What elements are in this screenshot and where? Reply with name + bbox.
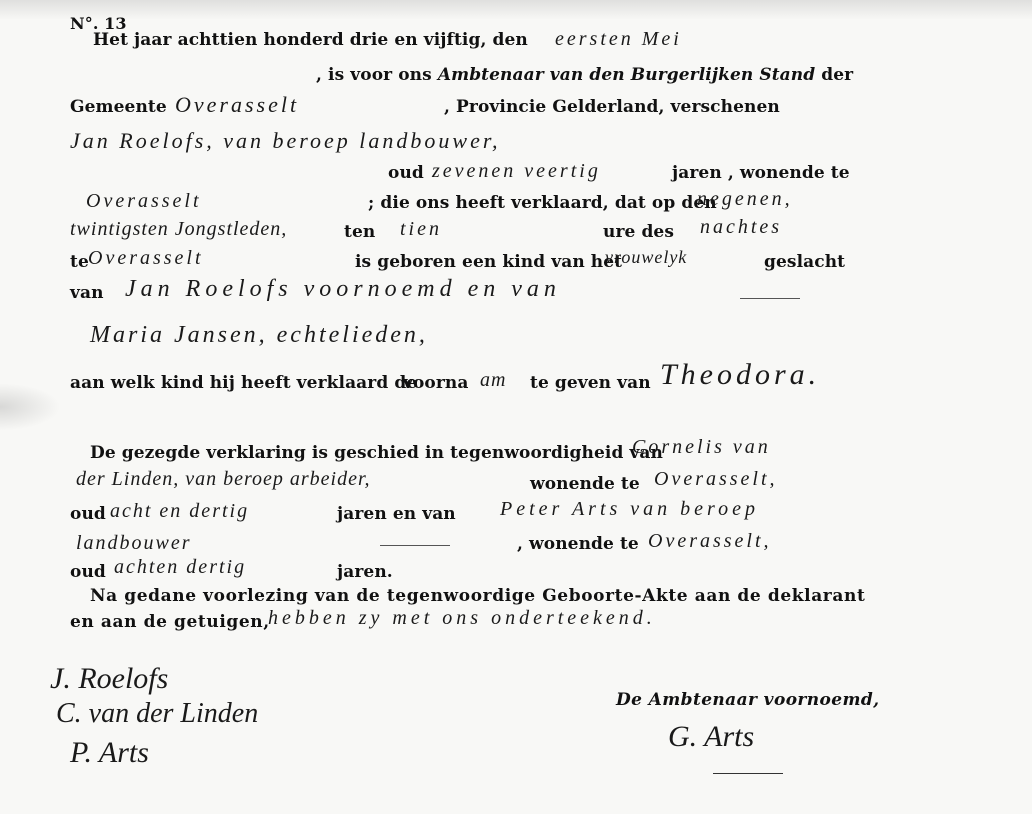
handwritten-mother: Maria Jansen, echtelieden, bbox=[90, 322, 428, 349]
label-oud-2: oud bbox=[70, 504, 106, 524]
handwritten-municipality: Overasselt bbox=[175, 92, 299, 118]
handwritten-date: eersten Mei bbox=[555, 28, 682, 51]
handwritten-witness2-age: achten dertig bbox=[114, 556, 246, 579]
label-oud: oud bbox=[388, 163, 424, 183]
handwritten-age: zevenen veertig bbox=[432, 160, 601, 183]
label-oud-3: oud bbox=[70, 562, 106, 582]
label-ten: ten bbox=[344, 222, 375, 242]
label-voorna: voorna bbox=[403, 373, 469, 393]
line-naming: aan welk kind hij heeft verklaard de bbox=[70, 373, 417, 393]
label-geslacht: geslacht bbox=[764, 252, 845, 272]
birth-certificate-page: N°. 13 Het jaar achttien honderd drie en… bbox=[0, 0, 1032, 814]
line-year: Het jaar achttien honderd drie en vijfti… bbox=[93, 30, 528, 50]
handwritten-month: twintigsten Jongstleden, bbox=[70, 218, 287, 241]
label-wonende-te-1: wonende te bbox=[530, 474, 640, 494]
signature-declarant: J. Roelofs bbox=[50, 662, 168, 696]
handwritten-witness2-residence: Overasselt, bbox=[648, 530, 772, 553]
handwritten-child-name: Theodora. bbox=[660, 358, 820, 392]
handwritten-hour: tien bbox=[400, 218, 442, 241]
line-wonende: jaren , wonende te bbox=[672, 163, 850, 183]
official-label: De Ambtenaar voornoemd, bbox=[616, 690, 880, 710]
signature-official: G. Arts bbox=[668, 720, 754, 754]
handwritten-sex: vrouwelyk bbox=[605, 247, 687, 268]
label-te: te bbox=[70, 252, 89, 272]
label-gemeente: Gemeente bbox=[70, 97, 167, 117]
line-official: , is voor ons Ambtenaar van den Burgerli… bbox=[316, 65, 853, 85]
handwritten-closing: hebben zy met ons onderteekend. bbox=[268, 607, 656, 630]
handwritten-witness2-occupation: landbouwer bbox=[76, 532, 192, 555]
line-voorlezing: Na gedane voorlezing van de tegenwoordig… bbox=[90, 586, 865, 606]
label-ure-des: ure des bbox=[603, 222, 674, 242]
handwritten-day: negenen, bbox=[697, 188, 793, 211]
line-province: , Provincie Gelderland, verschenen bbox=[444, 97, 780, 117]
official-title: Ambtenaar van den Burgerlijken Stand bbox=[438, 65, 815, 85]
handwritten-witness1-residence: Overasselt, bbox=[654, 468, 778, 491]
handwritten-birthplace: Overasselt bbox=[88, 247, 204, 270]
label-te-geven-van: te geven van bbox=[530, 373, 651, 393]
handwritten-witness1-first: Cornelis van bbox=[632, 436, 771, 459]
fill-line bbox=[740, 298, 800, 299]
signature-underline bbox=[713, 773, 783, 774]
handwritten-residence: Overasselt bbox=[86, 190, 202, 213]
handwritten-witness1-age: acht en dertig bbox=[110, 500, 249, 523]
line-getuigen: en aan de getuigen, bbox=[70, 612, 270, 632]
label-wonende-te-2: , wonende te bbox=[517, 534, 639, 554]
line-witnesses: De gezegde verklaring is geschied in teg… bbox=[90, 443, 663, 463]
handwritten-am: am bbox=[480, 369, 506, 392]
signature-witness-1: C. van der Linden bbox=[56, 698, 258, 730]
signature-witness-2: P. Arts bbox=[70, 736, 149, 770]
handwritten-witness1-rest: der Linden, van beroep arbeider, bbox=[76, 468, 371, 491]
label-jaren-en-van: jaren en van bbox=[337, 504, 456, 524]
label-jaren: jaren. bbox=[337, 562, 393, 582]
handwritten-time-of-day: nachtes bbox=[700, 216, 782, 239]
handwritten-declarant: Jan Roelofs, van beroep landbouwer, bbox=[70, 128, 500, 154]
handwritten-witness2: Peter Arts van beroep bbox=[500, 498, 759, 521]
line-geboren: is geboren een kind van het bbox=[355, 252, 622, 272]
handwritten-father: Jan Roelofs voornoemd en van bbox=[125, 276, 561, 303]
line-verklaard: ; die ons heeft verklaard, dat op den bbox=[368, 193, 717, 213]
label-van: van bbox=[70, 283, 104, 303]
fill-line bbox=[380, 545, 450, 546]
